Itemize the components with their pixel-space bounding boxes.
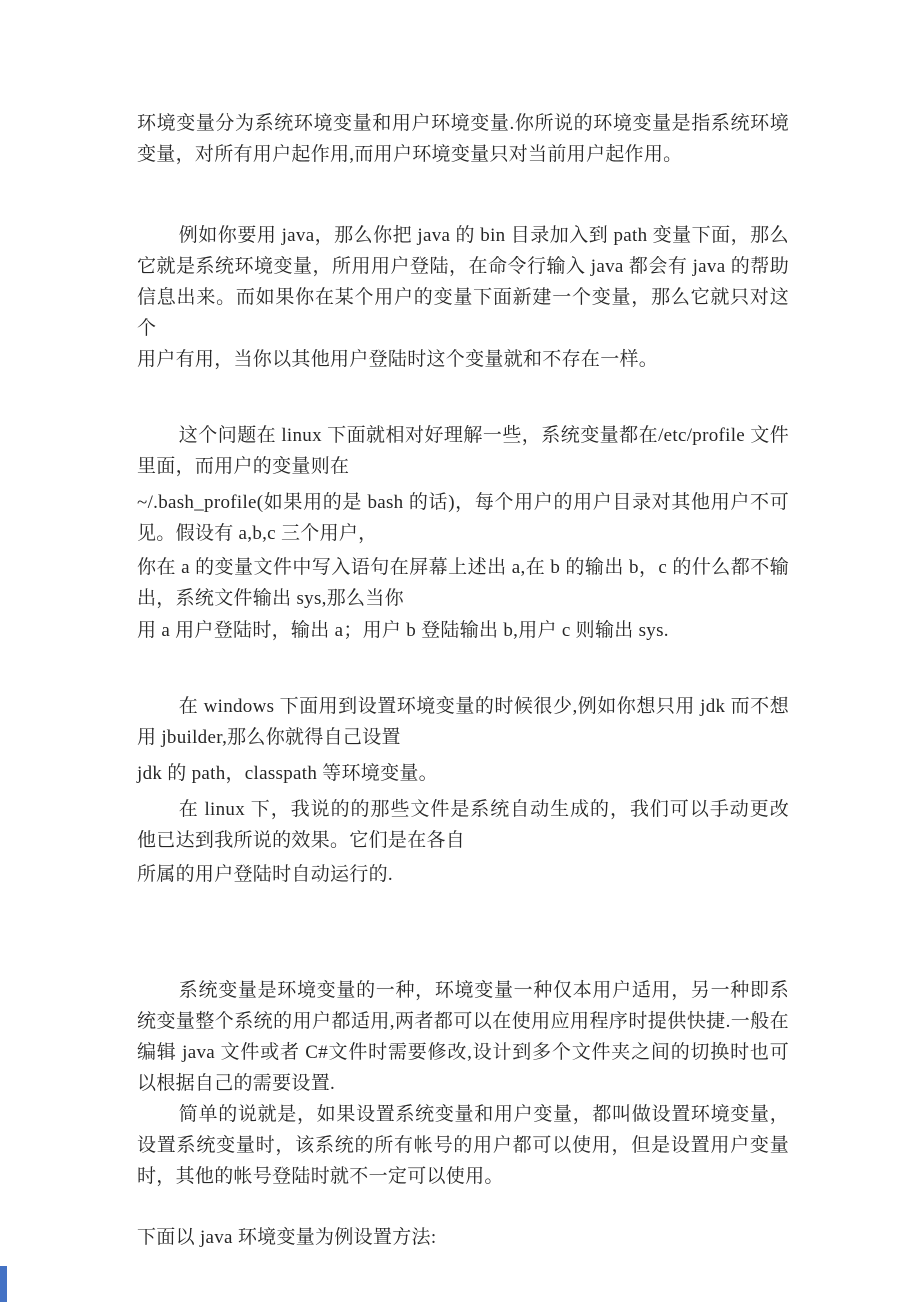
paragraph: 所属的用户登陆时自动运行的. <box>137 859 789 890</box>
paragraph: 用户有用，当你以其他用户登陆时这个变量就和不存在一样。 <box>137 344 789 375</box>
paragraph: 这个问题在 linux 下面就相对好理解一些，系统变量都在/etc/profil… <box>137 420 789 482</box>
document-page: 环境变量分为系统环境变量和用户环境变量.你所说的环境变量是指系统环境变量，对所有… <box>0 0 920 1302</box>
paragraph: 例如你要用 java，那么你把 java 的 bin 目录加入到 path 变量… <box>137 220 789 344</box>
paragraph: ~/.bash_profile(如果用的是 bash 的话)，每个用户的用户目录… <box>137 487 789 549</box>
paragraph: 简单的说就是，如果设置系统变量和用户变量，都叫做设置环境变量，设置系统变量时，该… <box>137 1099 789 1192</box>
left-edge-accent-bar <box>0 1266 7 1302</box>
paragraph: 用 a 用户登陆时，输出 a；用户 b 登陆输出 b,用户 c 则输出 sys. <box>137 615 789 646</box>
paragraph: 下面以 java 环境变量为例设置方法: <box>137 1222 789 1253</box>
document-body: 环境变量分为系统环境变量和用户环境变量.你所说的环境变量是指系统环境变量，对所有… <box>0 0 920 1253</box>
paragraph: 系统变量是环境变量的一种，环境变量一种仅本用户适用，另一种即系统变量整个系统的用… <box>137 975 789 1099</box>
paragraph: 环境变量分为系统环境变量和用户环境变量.你所说的环境变量是指系统环境变量，对所有… <box>137 108 789 170</box>
paragraph: 在 linux 下，我说的的那些文件是系统自动生成的，我们可以手动更改他已达到我… <box>137 794 789 856</box>
paragraph: jdk 的 path，classpath 等环境变量。 <box>137 758 789 789</box>
paragraph: 在 windows 下面用到设置环境变量的时候很少,例如你想只用 jdk 而不想… <box>137 691 789 753</box>
paragraph: 你在 a 的变量文件中写入语句在屏幕上述出 a,在 b 的输出 b，c 的什么都… <box>137 552 789 614</box>
